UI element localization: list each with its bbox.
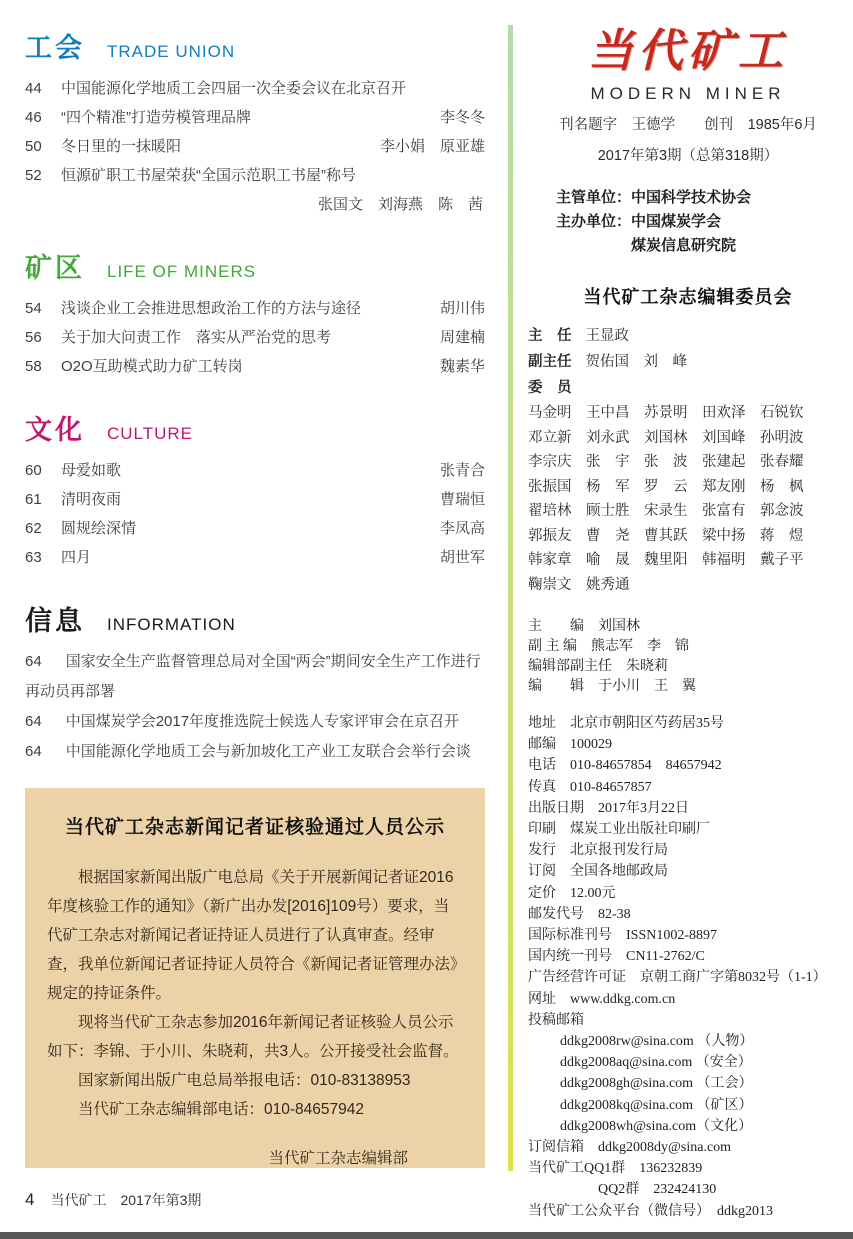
organizer-unit-2: 煤炭信息研究院 <box>556 234 848 258</box>
title-inscription-line: 刊名题字 王德学 创刊 1985年6月 <box>528 115 848 135</box>
submission-email: ddkg2008wh@sina.com（文化） <box>528 1116 848 1137</box>
section-heading: 矿区 LIFE OF MINERS <box>25 246 485 285</box>
section-title-cn: 矿区 <box>25 246 85 285</box>
page-number: 54 <box>25 294 61 323</box>
article-title: O2O互助模式助力矿工转岗 <box>61 352 440 381</box>
info-line-pubdate: 出版日期 2017年3月22日 <box>528 798 848 819</box>
info-line-cn: 国内统一刊号 CN11-2762/C <box>528 946 848 967</box>
article-authors-continued: 张国文 刘海燕 陈 茜 <box>25 190 485 219</box>
submission-email: ddkg2008rw@sina.com （人物） <box>528 1031 848 1052</box>
page-number: 63 <box>25 543 61 572</box>
article-authors: 张青合 <box>440 456 485 485</box>
member-row: 李宗庆 张 宇 张 波 张建起 张春耀 <box>528 450 848 475</box>
notice-paragraph: 根据国家新闻出版广电总局《关于开展新闻记者证2016年度核验工作的通知》（新广出… <box>47 863 463 1008</box>
page-number: 64 <box>25 653 42 670</box>
qq-group-2-line: QQ2群 232424130 <box>528 1179 848 1200</box>
committee-members-label: 委 员 <box>528 375 848 401</box>
staff-line: 编 辑 于小川 王 翼 <box>528 677 848 697</box>
page-bottom-edge-bar <box>0 1232 853 1239</box>
page-number: 60 <box>25 456 61 485</box>
role-label: 主 任 <box>528 328 572 344</box>
toc-item: 60 母爱如歌 张青合 <box>25 456 485 485</box>
article-title: 中国能源化学地质工会四届一次全委会议在北京召开 <box>61 74 485 103</box>
footer-journal-issue: 当代矿工 2017年第3期 <box>50 1192 201 1208</box>
section-title-cn: 文化 <box>25 408 85 447</box>
toc-item: 58 O2O互助模式助力矿工转岗 魏素华 <box>25 352 485 381</box>
staff-line: 主 编 刘国林 <box>528 617 848 637</box>
press-card-notice-box: 当代矿工杂志新闻记者证核验通过人员公示 根据国家新闻出版广电总局《关于开展新闻记… <box>25 788 485 1168</box>
member-row: 韩家章 喻 晟 魏里阳 韩福明 戴子平 <box>528 548 848 573</box>
editorial-staff-block: 主 编 刘国林 副 主 编 熊志军 李 锦 编辑部副主任 朱晓莉 编 辑 于小川… <box>528 617 848 697</box>
section-title-en: LIFE OF MINERS <box>107 262 256 282</box>
toc-item: 56 关于加大问责工作 落实从严治党的思考 周建楠 <box>25 323 485 352</box>
masthead-column: 当代矿工 MODERN MINER 刊名题字 王德学 创刊 1985年6月 20… <box>528 22 848 1222</box>
submission-email: ddkg2008aq@sina.com （安全） <box>528 1052 848 1073</box>
member-row: 翟培林 顾士胜 宋录生 张富有 郭念波 <box>528 499 848 524</box>
info-line-postcode: 邮编 100029 <box>528 734 848 755</box>
notice-signature: 当代矿工杂志编辑部 <box>47 1146 463 1168</box>
section-title-en: INFORMATION <box>107 615 236 635</box>
committee-director: 主 任王显政 <box>528 323 848 349</box>
qq-group-1-line: 当代矿工QQ1群 136232839 <box>528 1158 848 1179</box>
wechat-platform-line: 当代矿工公众平台（微信号） ddkg2013 <box>528 1201 848 1222</box>
publication-info-block: 地址 北京市朝阳区芍药居35号 邮编 100029 电话 010-8465785… <box>528 713 848 1222</box>
column-divider <box>508 25 513 1171</box>
info-line-issn: 国际标准刊号 ISSN1002-8897 <box>528 925 848 946</box>
toc-item: 50 冬日里的一抹暖阳 李小娟 原亚雄 <box>25 132 485 161</box>
toc-item: 64中国能源化学地质工会与新加坡化工产业工友联合会举行会谈 <box>25 737 485 767</box>
magazine-title-en: MODERN MINER <box>528 84 848 104</box>
article-title: 国家安全生产监督管理总局对全国“两会”期间安全生产工作进行再动员再部署 <box>25 653 481 700</box>
info-line-printer: 印刷 煤炭工业出版社印刷厂 <box>528 819 848 840</box>
staff-line: 副 主 编 熊志军 李 锦 <box>528 637 848 657</box>
committee-deputy: 副主任贺佑国 刘 峰 <box>528 349 848 375</box>
info-line-distribution: 发行 北京报刊发行局 <box>528 840 848 861</box>
footer-page-number: 4 <box>25 1190 34 1209</box>
page-number: 50 <box>25 132 61 161</box>
article-title: 关于加大问责工作 落实从严治党的思考 <box>61 323 440 352</box>
section-title-cn: 信息 <box>25 599 85 638</box>
article-title: 中国煤炭学会2017年度推选院士候选人专家评审会在京召开 <box>66 713 459 730</box>
page-number: 62 <box>25 514 61 543</box>
supervisor-unit: 主管单位：中国科学技术协会 <box>556 186 848 210</box>
committee-roles: 主 任王显政 副主任贺佑国 刘 峰 委 员 <box>528 323 848 401</box>
article-title: 圆规绘深情 <box>61 514 440 543</box>
member-row: 郭振友 曹 尧 曹其跃 梁中扬 蒋 煜 <box>528 524 848 549</box>
page-number: 56 <box>25 323 61 352</box>
page-number: 44 <box>25 74 61 103</box>
toc-item: 46 “四个精准”打造劳模管理品牌 李冬冬 <box>25 103 485 132</box>
toc-item: 61 清明夜雨 曹瑞恒 <box>25 485 485 514</box>
toc-section-culture: 文化 CULTURE 60 母爱如歌 张青合 61 清明夜雨 曹瑞恒 62 圆规… <box>25 408 485 572</box>
publisher-block: 主管单位：中国科学技术协会 主办单位：中国煤炭学会 煤炭信息研究院 <box>528 186 848 258</box>
toc-section-life-of-miners: 矿区 LIFE OF MINERS 54 浅谈企业工会推进思想政治工作的方法与途… <box>25 246 485 381</box>
article-title: 浅谈企业工会推进思想政治工作的方法与途径 <box>61 294 440 323</box>
role-label: 委 员 <box>528 380 572 396</box>
article-authors: 魏素华 <box>440 352 485 381</box>
info-line-postal-code: 邮发代号 82-38 <box>528 904 848 925</box>
article-title: 中国能源化学地质工会与新加坡化工产业工友联合会举行会谈 <box>66 743 471 760</box>
page-number: 52 <box>25 161 61 190</box>
toc-item: 64国家安全生产监督管理总局对全国“两会”期间安全生产工作进行再动员再部署 <box>25 647 485 707</box>
info-line-submission-label: 投稿邮箱 <box>528 1010 848 1031</box>
article-authors: 胡世军 <box>440 543 485 572</box>
submission-email: ddkg2008kq@sina.com （矿区） <box>528 1095 848 1116</box>
subscription-email-line: 订阅信箱 ddkg2008dy@sina.com <box>528 1137 848 1158</box>
member-row: 邓立新 刘永武 刘国林 刘国峰 孙明波 <box>528 426 848 451</box>
member-row: 鞠崇文 姚秀通 <box>528 573 848 598</box>
notice-phone-line: 当代矿工杂志编辑部电话：010-84657942 <box>47 1095 463 1124</box>
role-label: 副主任 <box>528 354 572 370</box>
toc-column: 工会 TRADE UNION 44 中国能源化学地质工会四届一次全委会议在北京召… <box>25 26 485 794</box>
toc-section-trade-union: 工会 TRADE UNION 44 中国能源化学地质工会四届一次全委会议在北京召… <box>25 26 485 219</box>
info-line-fax: 传真 010-84657857 <box>528 777 848 798</box>
section-heading: 信息 INFORMATION <box>25 599 485 638</box>
article-title: 恒源矿职工书屋荣获“全国示范职工书屋”称号 <box>61 161 485 190</box>
role-names: 王显政 <box>586 328 630 344</box>
member-row: 张振国 杨 军 罗 云 郑友刚 杨 枫 <box>528 475 848 500</box>
article-authors: 胡川伟 <box>440 294 485 323</box>
toc-item: 54 浅谈企业工会推进思想政治工作的方法与途径 胡川伟 <box>25 294 485 323</box>
role-names: 贺佑国 刘 峰 <box>586 354 688 370</box>
section-title-en: CULTURE <box>107 424 193 444</box>
editorial-committee-title: 当代矿工杂志编辑委员会 <box>528 283 848 309</box>
article-authors: 李冬冬 <box>440 103 485 132</box>
info-line-subscription: 订阅 全国各地邮政局 <box>528 861 848 882</box>
page-number: 58 <box>25 352 61 381</box>
notice-paragraph: 现将当代矿工杂志参加2016年新闻记者证核验人员公示如下：李锦、于小川、朱晓莉，… <box>47 1008 463 1066</box>
notice-title: 当代矿工杂志新闻记者证核验通过人员公示 <box>47 812 463 839</box>
submission-email: ddkg2008gh@sina.com （工会） <box>528 1073 848 1094</box>
toc-item: 44 中国能源化学地质工会四届一次全委会议在北京召开 <box>25 74 485 103</box>
notice-phone-line: 国家新闻出版广电总局举报电话：010-83138953 <box>47 1066 463 1095</box>
article-title: 母爱如歌 <box>61 456 440 485</box>
toc-item: 62 圆规绘深情 李凤高 <box>25 514 485 543</box>
staff-line: 编辑部副主任 朱晓莉 <box>528 657 848 677</box>
toc-item: 64中国煤炭学会2017年度推选院士候选人专家评审会在京召开 <box>25 707 485 737</box>
toc-item: 63 四月 胡世军 <box>25 543 485 572</box>
info-line-website: 网址 www.ddkg.com.cn <box>528 989 848 1010</box>
article-title: 冬日里的一抹暖阳 <box>61 132 380 161</box>
issue-line: 2017年第3期（总第318期） <box>528 146 848 166</box>
article-title: “四个精准”打造劳模管理品牌 <box>61 103 440 132</box>
section-heading: 文化 CULTURE <box>25 408 485 447</box>
member-row: 马金明 王中昌 苏景明 田欢泽 石锐钦 <box>528 401 848 426</box>
article-authors: 周建楠 <box>440 323 485 352</box>
section-title-cn: 工会 <box>25 26 85 65</box>
page-number: 64 <box>25 713 42 730</box>
article-title: 四月 <box>61 543 440 572</box>
info-line-phone: 电话 010-84657854 84657942 <box>528 755 848 776</box>
page-number: 61 <box>25 485 61 514</box>
page-number: 46 <box>25 103 61 132</box>
info-line-price: 定价 12.00元 <box>528 883 848 904</box>
section-title-en: TRADE UNION <box>107 42 235 62</box>
article-authors: 李凤高 <box>440 514 485 543</box>
article-authors: 曹瑞恒 <box>440 485 485 514</box>
info-line-address: 地址 北京市朝阳区芍药居35号 <box>528 713 848 734</box>
toc-section-information: 信息 INFORMATION 64国家安全生产监督管理总局对全国“两会”期间安全… <box>25 599 485 767</box>
page-footer: 4当代矿工 2017年第3期 <box>25 1190 201 1210</box>
article-authors: 李小娟 原亚雄 <box>380 132 485 161</box>
article-title: 清明夜雨 <box>61 485 440 514</box>
info-line-ad-license: 广告经营许可证 京朝工商广字第8032号（1-1） <box>528 967 848 988</box>
section-heading: 工会 TRADE UNION <box>25 26 485 65</box>
toc-item: 52 恒源矿职工书屋荣获“全国示范职工书屋”称号 <box>25 161 485 190</box>
page-number: 64 <box>25 743 42 760</box>
organizer-unit: 主办单位：中国煤炭学会 <box>556 210 848 234</box>
committee-members-list: 马金明 王中昌 苏景明 田欢泽 石锐钦 邓立新 刘永武 刘国林 刘国峰 孙明波 … <box>528 401 848 597</box>
magazine-logo-calligraphy: 当代矿工 <box>528 22 848 80</box>
